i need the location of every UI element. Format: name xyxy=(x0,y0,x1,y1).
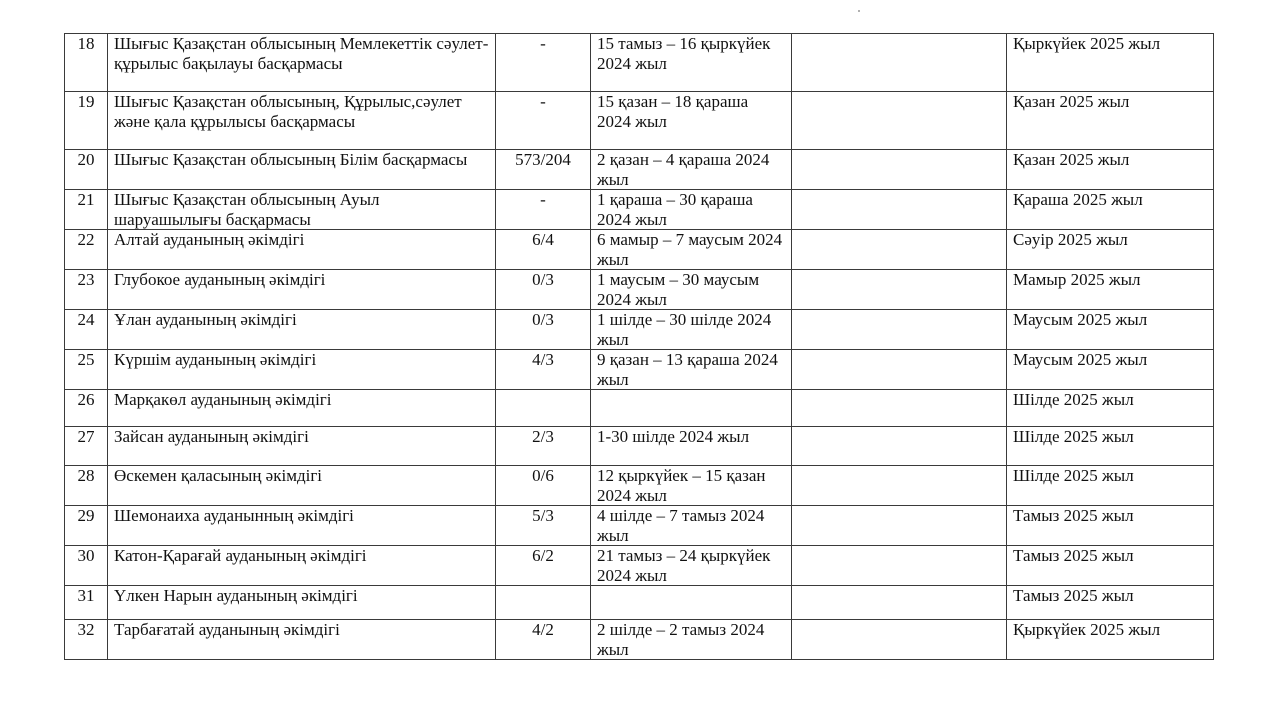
deadline-cell: Шілде 2025 жыл xyxy=(1007,427,1214,466)
audit-period: 4 шілде – 7 тамыз 2024 жыл xyxy=(591,506,792,546)
row-number: 24 xyxy=(65,310,108,350)
note-cell xyxy=(792,586,1007,620)
schedule-table: 18Шығыс Қазақстан облысының Мемлекеттік … xyxy=(64,33,1214,660)
deadline-cell: Тамыз 2025 жыл xyxy=(1007,506,1214,546)
note-cell xyxy=(792,92,1007,150)
note-cell xyxy=(792,620,1007,660)
audit-period xyxy=(591,390,792,427)
organization-name: Катон-Қарағай ауданының әкімдігі xyxy=(108,546,496,586)
note-cell xyxy=(792,390,1007,427)
ratio-value: - xyxy=(496,34,591,92)
organization-name: Күршім ауданының әкімдігі xyxy=(108,350,496,390)
audit-period xyxy=(591,586,792,620)
audit-period: 1 шілде – 30 шілде 2024 жыл xyxy=(591,310,792,350)
deadline-cell: Қыркүйек 2025 жыл xyxy=(1007,34,1214,92)
table-row: 26Марқакөл ауданының әкімдігіШілде 2025 … xyxy=(65,390,1214,427)
organization-name: Зайсан ауданының әкімдігі xyxy=(108,427,496,466)
table-row: 27Зайсан ауданының әкімдігі2/31-30 шілде… xyxy=(65,427,1214,466)
row-number: 26 xyxy=(65,390,108,427)
note-cell xyxy=(792,150,1007,190)
ratio-value: 0/3 xyxy=(496,270,591,310)
row-number: 27 xyxy=(65,427,108,466)
note-cell xyxy=(792,310,1007,350)
deadline-cell: Мамыр 2025 жыл xyxy=(1007,270,1214,310)
organization-name: Ұлан ауданының әкімдігі xyxy=(108,310,496,350)
ratio-value xyxy=(496,586,591,620)
organization-name: Өскемен қаласының әкімдігі xyxy=(108,466,496,506)
organization-name: Глубокое ауданының әкімдігі xyxy=(108,270,496,310)
deadline-cell: Қазан 2025 жыл xyxy=(1007,92,1214,150)
note-cell xyxy=(792,190,1007,230)
row-number: 19 xyxy=(65,92,108,150)
table-row: 28Өскемен қаласының әкімдігі0/612 қыркүй… xyxy=(65,466,1214,506)
audit-period: 1 маусым – 30 маусым 2024 жыл xyxy=(591,270,792,310)
organization-name: Шығыс Қазақстан облысының Мемлекеттік сә… xyxy=(108,34,496,92)
ratio-value: 0/6 xyxy=(496,466,591,506)
deadline-cell: Маусым 2025 жыл xyxy=(1007,310,1214,350)
deadline-cell: Маусым 2025 жыл xyxy=(1007,350,1214,390)
deadline-cell: Шілде 2025 жыл xyxy=(1007,390,1214,427)
row-number: 18 xyxy=(65,34,108,92)
table-row: 31Үлкен Нарын ауданының әкімдігіТамыз 20… xyxy=(65,586,1214,620)
scan-speck xyxy=(858,10,860,12)
deadline-cell: Тамыз 2025 жыл xyxy=(1007,546,1214,586)
organization-name: Алтай ауданының әкімдігі xyxy=(108,230,496,270)
audit-period: 12 қыркүйек – 15 қазан 2024 жыл xyxy=(591,466,792,506)
note-cell xyxy=(792,270,1007,310)
audit-period: 15 тамыз – 16 қыркүйек 2024 жыл xyxy=(591,34,792,92)
deadline-cell: Тамыз 2025 жыл xyxy=(1007,586,1214,620)
row-number: 20 xyxy=(65,150,108,190)
ratio-value xyxy=(496,390,591,427)
ratio-value: - xyxy=(496,92,591,150)
audit-period: 9 қазан – 13 қараша 2024 жыл xyxy=(591,350,792,390)
table-row: 19Шығыс Қазақстан облысының, Құрылыс,сәу… xyxy=(65,92,1214,150)
table-row: 30Катон-Қарағай ауданының әкімдігі6/221 … xyxy=(65,546,1214,586)
audit-period: 1 қараша – 30 қараша 2024 жыл xyxy=(591,190,792,230)
row-number: 31 xyxy=(65,586,108,620)
row-number: 21 xyxy=(65,190,108,230)
organization-name: Шығыс Қазақстан облысының Ауыл шаруашылы… xyxy=(108,190,496,230)
table-body: 18Шығыс Қазақстан облысының Мемлекеттік … xyxy=(65,34,1214,660)
audit-period: 2 шілде – 2 тамыз 2024 жыл xyxy=(591,620,792,660)
table-row: 18Шығыс Қазақстан облысының Мемлекеттік … xyxy=(65,34,1214,92)
note-cell xyxy=(792,427,1007,466)
organization-name: Шемонаиха ауданынның әкімдігі xyxy=(108,506,496,546)
organization-name: Шығыс Қазақстан облысының, Құрылыс,сәуле… xyxy=(108,92,496,150)
table-row: 20Шығыс Қазақстан облысының Білім басқар… xyxy=(65,150,1214,190)
audit-period: 15 қазан – 18 қараша 2024 жыл xyxy=(591,92,792,150)
audit-period: 1-30 шілде 2024 жыл xyxy=(591,427,792,466)
organization-name: Марқакөл ауданының әкімдігі xyxy=(108,390,496,427)
ratio-value: 573/204 xyxy=(496,150,591,190)
ratio-value: 4/3 xyxy=(496,350,591,390)
ratio-value: 0/3 xyxy=(496,310,591,350)
row-number: 25 xyxy=(65,350,108,390)
table-row: 32Тарбағатай ауданының әкімдігі4/22 шілд… xyxy=(65,620,1214,660)
organization-name: Үлкен Нарын ауданының әкімдігі xyxy=(108,586,496,620)
ratio-value: 5/3 xyxy=(496,506,591,546)
ratio-value: 4/2 xyxy=(496,620,591,660)
row-number: 23 xyxy=(65,270,108,310)
ratio-value: 2/3 xyxy=(496,427,591,466)
table-row: 25Күршім ауданының әкімдігі4/39 қазан – … xyxy=(65,350,1214,390)
table-row: 21Шығыс Қазақстан облысының Ауыл шаруашы… xyxy=(65,190,1214,230)
ratio-value: 6/4 xyxy=(496,230,591,270)
note-cell xyxy=(792,546,1007,586)
note-cell xyxy=(792,466,1007,506)
organization-name: Шығыс Қазақстан облысының Білім басқарма… xyxy=(108,150,496,190)
deadline-cell: Қараша 2025 жыл xyxy=(1007,190,1214,230)
deadline-cell: Қазан 2025 жыл xyxy=(1007,150,1214,190)
organization-name: Тарбағатай ауданының әкімдігі xyxy=(108,620,496,660)
table-row: 22Алтай ауданының әкімдігі6/46 мамыр – 7… xyxy=(65,230,1214,270)
row-number: 29 xyxy=(65,506,108,546)
row-number: 22 xyxy=(65,230,108,270)
note-cell xyxy=(792,34,1007,92)
table-row: 29Шемонаиха ауданынның әкімдігі5/34 шілд… xyxy=(65,506,1214,546)
table-row: 23Глубокое ауданының әкімдігі0/31 маусым… xyxy=(65,270,1214,310)
deadline-cell: Қыркүйек 2025 жыл xyxy=(1007,620,1214,660)
deadline-cell: Сәуір 2025 жыл xyxy=(1007,230,1214,270)
row-number: 28 xyxy=(65,466,108,506)
audit-period: 2 қазан – 4 қараша 2024 жыл xyxy=(591,150,792,190)
audit-period: 21 тамыз – 24 қыркүйек 2024 жыл xyxy=(591,546,792,586)
row-number: 30 xyxy=(65,546,108,586)
row-number: 32 xyxy=(65,620,108,660)
deadline-cell: Шілде 2025 жыл xyxy=(1007,466,1214,506)
note-cell xyxy=(792,230,1007,270)
ratio-value: 6/2 xyxy=(496,546,591,586)
audit-period: 6 мамыр – 7 маусым 2024 жыл xyxy=(591,230,792,270)
ratio-value: - xyxy=(496,190,591,230)
table-row: 24Ұлан ауданының әкімдігі0/31 шілде – 30… xyxy=(65,310,1214,350)
note-cell xyxy=(792,506,1007,546)
note-cell xyxy=(792,350,1007,390)
